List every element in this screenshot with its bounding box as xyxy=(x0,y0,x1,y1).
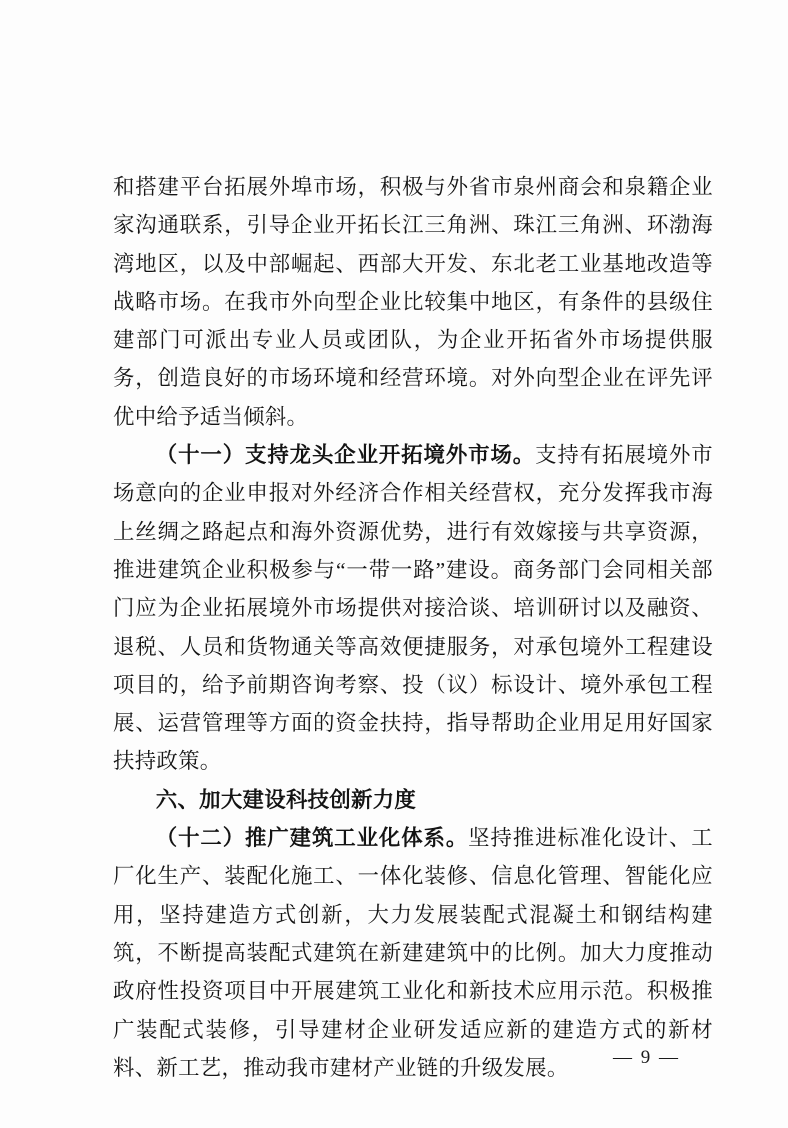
paragraph-clause-11-lead: （十一）支持龙头企业开拓境外市场。 xyxy=(156,443,535,467)
paragraph-clause-12-lead: （十二）推广建筑工业化体系。 xyxy=(156,826,468,850)
paragraph-continuation: 和搭建平台拓展外埠市场，积极与外省市泉州商会和泉籍企业家沟通联系，引导企业开拓长… xyxy=(113,168,713,436)
document-page: 和搭建平台拓展外埠市场，积极与外省市泉州商会和泉籍企业家沟通联系，引导企业开拓长… xyxy=(0,0,788,1128)
paragraph-clause-11-body: 支持有拓展境外市场意向的企业申报对外经济合作相关经营权，充分发挥我市海上丝绸之路… xyxy=(113,443,713,773)
page-number: — 9 — xyxy=(613,1046,680,1070)
paragraph-clause-12-body: 坚持推进标准化设计、工厂化生产、装配化施工、一体化装修、信息化管理、智能化应用，… xyxy=(113,826,713,1080)
document-body: 和搭建平台拓展外埠市场，积极与外省市泉州商会和泉籍企业家沟通联系，引导企业开拓长… xyxy=(113,168,713,1087)
section-heading-6: 六、加大建设科技创新力度 xyxy=(113,781,713,819)
paragraph-clause-11: （十一）支持龙头企业开拓境外市场。支持有拓展境外市场意向的企业申报对外经济合作相… xyxy=(113,436,713,781)
